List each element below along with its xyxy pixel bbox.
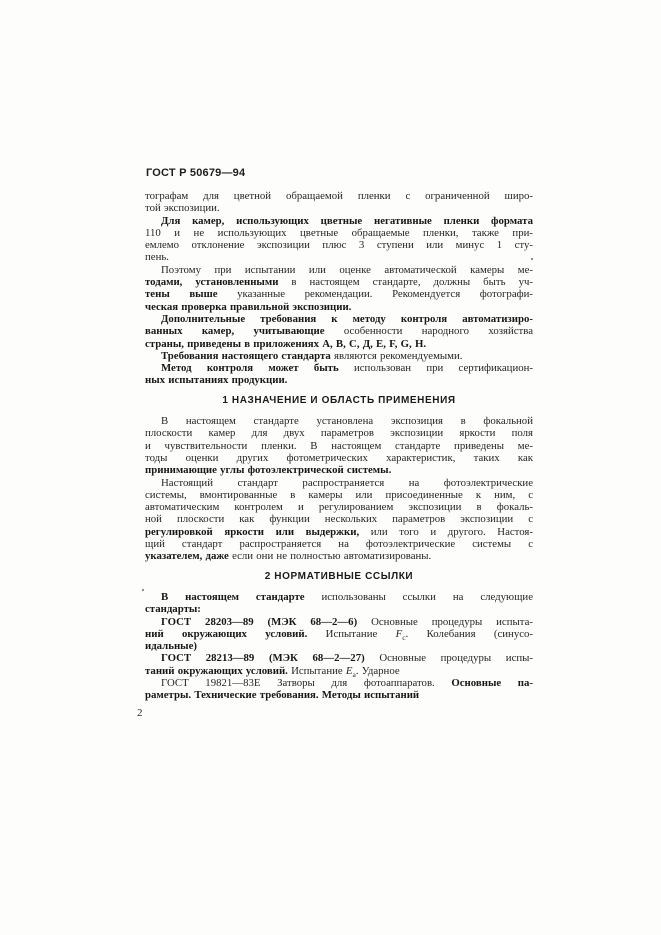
text-line: той экспозиции. xyxy=(145,202,533,214)
text-run: если они не полностью автоматизированы. xyxy=(232,550,431,562)
text-run: указателем, даже xyxy=(145,550,232,562)
text-run: пень. xyxy=(145,251,169,263)
text-run: и чувствительности пленки. В настоящем с… xyxy=(145,440,533,452)
scan-speck xyxy=(142,589,144,591)
section-heading: 1 НАЗНАЧЕНИЕ И ОБЛАСТЬ ПРИМЕНЕНИЯ xyxy=(145,395,533,407)
text-line: ГОСТ 28213—89 (МЭК 68—2—27) Основные про… xyxy=(145,652,533,664)
paragraph: В настоящем стандарте использованы ссылк… xyxy=(145,591,533,616)
text-run: использован при сертификацион- xyxy=(354,362,533,374)
text-line: ванных камер, учитывающие особенности на… xyxy=(145,325,533,337)
scan-speck xyxy=(531,258,533,260)
paragraph: Дополнительные требования к методу контр… xyxy=(145,313,533,350)
text-line: В настоящем стандарте использованы ссылк… xyxy=(145,591,533,603)
text-run: 110 и не использующих цветные обращаемые… xyxy=(145,227,533,239)
text-line: ческая проверка правильной экспозиции. xyxy=(145,301,533,313)
text-run: . Колебания (синусо- xyxy=(406,628,533,640)
text-line: указателем, даже если они не полностью а… xyxy=(145,550,533,562)
text-run: ванных камер, учитывающие xyxy=(145,325,344,337)
text-run: ГОСТ 19821—83Е Затворы для фотоаппаратов… xyxy=(161,677,451,689)
text-run: Настоящий стандарт распространяется на ф… xyxy=(161,477,533,489)
text-run: ГОСТ 28213—89 (МЭК 68—2—27) xyxy=(161,652,379,664)
text-line: принимающие углы фотоэлектрической систе… xyxy=(145,464,533,476)
text-line: тоды оценки других фотометрических харак… xyxy=(145,452,533,464)
text-line: таний окружающих условий. Испытание Еа. … xyxy=(145,665,533,677)
text-run: . Ударное xyxy=(356,665,400,677)
section-heading: 2 НОРМАТИВНЫЕ ССЫЛКИ xyxy=(145,571,533,583)
text-run: раметры. Технические требования. Методы … xyxy=(145,689,419,701)
text-run: идальные) xyxy=(145,640,197,652)
text-run: или того и другого. Настоя- xyxy=(371,526,533,538)
text-run: В настоящем стандарте установлена экспоз… xyxy=(161,415,533,427)
text-run: страны, приведены в приложениях А, В, С,… xyxy=(145,338,426,350)
text-run: щий стандарт распространяется на фотоэле… xyxy=(145,538,533,550)
paragraph: В настоящем стандарте установлена экспоз… xyxy=(145,415,533,476)
text-line: ных испытаниях продукции. xyxy=(145,374,533,386)
text-line: Для камер, использующих цветные негативн… xyxy=(145,215,533,227)
text-line: ГОСТ 19821—83Е Затворы для фотоаппаратов… xyxy=(145,677,533,689)
text-line: Метод контроля может быть использован пр… xyxy=(145,362,533,374)
text-line: автоматическим контролем и регулирование… xyxy=(145,501,533,513)
text-run: тены выше xyxy=(145,288,237,300)
text-line: регулировкой яркости или выдержки, или т… xyxy=(145,526,533,538)
text-run: Основные па- xyxy=(451,677,533,689)
text-line: системы, вмонтированные в камеры или при… xyxy=(145,489,533,501)
text-line: емлемо отклонение экспозиции плюс 3 ступ… xyxy=(145,239,533,251)
text-line: тодами, установленными в настоящем станд… xyxy=(145,276,533,288)
running-header: ГОСТ Р 50679—94 xyxy=(146,167,245,179)
text-run: ческая проверка правильной экспозиции. xyxy=(145,301,351,313)
text-line: ГОСТ 28203—89 (МЭК 68—2—6) Основные проц… xyxy=(145,616,533,628)
text-run: Требования настоящего стандарта xyxy=(161,350,334,362)
text-run: особенности народного хозяйства xyxy=(344,325,533,337)
text-line: пень. xyxy=(145,251,533,263)
text-line: страны, приведены в приложениях А, В, С,… xyxy=(145,338,533,350)
text-run: плоскости камер для двух параметров эксп… xyxy=(145,427,533,439)
text-run: стандарты: xyxy=(145,603,201,615)
text-line: идальные) xyxy=(145,640,533,652)
text-run: ной плоскости как функции нескольких пар… xyxy=(145,513,533,525)
text-run: Дополнительные требования к методу контр… xyxy=(161,313,533,325)
text-line: Требования настоящего стандарта являются… xyxy=(145,350,533,362)
text-line: Дополнительные требования к методу контр… xyxy=(145,313,533,325)
paragraph: ГОСТ 19821—83Е Затворы для фотоаппаратов… xyxy=(145,677,533,702)
paragraph: ГОСТ 28213—89 (МЭК 68—2—27) Основные про… xyxy=(145,652,533,677)
text-run: В настоящем стандарте xyxy=(161,591,321,603)
text-run: таний окружающих условий. xyxy=(145,665,291,677)
paragraph: Для камер, использующих цветные негативн… xyxy=(145,215,533,264)
text-run: использованы ссылки на следующие xyxy=(321,591,533,603)
text-run: тографам для цветной обращаемой пленки с… xyxy=(145,190,533,202)
paragraph: Настоящий стандарт распространяется на ф… xyxy=(145,477,533,563)
paragraph: Метод контроля может быть использован пр… xyxy=(145,362,533,387)
text-run: ний окружающих условий. xyxy=(145,628,326,640)
text-run: Испытание xyxy=(326,628,396,640)
text-line: Поэтому при испытании или оценке автомат… xyxy=(145,264,533,276)
text-line: плоскости камер для двух параметров эксп… xyxy=(145,427,533,439)
text-run: принимающие углы фотоэлектрической систе… xyxy=(145,464,391,476)
page-number: 2 xyxy=(137,707,143,719)
text-run: Основные процедуры испыта- xyxy=(371,616,533,628)
text-line: тографам для цветной обращаемой пленки с… xyxy=(145,190,533,202)
text-run: той экспозиции. xyxy=(145,202,220,214)
text-line: щий стандарт распространяется на фотоэле… xyxy=(145,538,533,550)
text-run: тоды оценки других фотометрических харак… xyxy=(145,452,533,464)
text-run: Испытание xyxy=(291,665,346,677)
text-run: емлемо отклонение экспозиции плюс 3 ступ… xyxy=(145,239,533,251)
text-run: тодами, установленными xyxy=(145,276,291,288)
paragraph: Поэтому при испытании или оценке автомат… xyxy=(145,264,533,313)
text-run: Для камер, использующих цветные негативн… xyxy=(161,215,533,227)
text-line: и чувствительности пленки. В настоящем с… xyxy=(145,440,533,452)
text-run: системы, вмонтированные в камеры или при… xyxy=(145,489,533,501)
text-run: регулировкой яркости или выдержки, xyxy=(145,526,371,538)
text-run: указанные рекомендации. Рекомендуется фо… xyxy=(237,288,533,300)
text-line: ний окружающих условий. Испытание Fс. Ко… xyxy=(145,628,533,640)
text-run: ных испытаниях продукции. xyxy=(145,374,287,386)
text-line: 110 и не использующих цветные обращаемые… xyxy=(145,227,533,239)
text-run: в настоящем стандарте, должны быть уч- xyxy=(291,276,533,288)
text-line: ной плоскости как функции нескольких пар… xyxy=(145,513,533,525)
document-content: тографам для цветной обращаемой пленки с… xyxy=(145,190,533,702)
paragraph: ГОСТ 28203—89 (МЭК 68—2—6) Основные проц… xyxy=(145,616,533,653)
text-run: Метод контроля может быть xyxy=(161,362,354,374)
text-line: раметры. Технические требования. Методы … xyxy=(145,689,533,701)
scanned-document-page: ГОСТ Р 50679—94 тографам для цветной обр… xyxy=(0,0,661,935)
paragraph: тографам для цветной обращаемой пленки с… xyxy=(145,190,533,215)
text-run: Поэтому при испытании или оценке автомат… xyxy=(161,264,533,276)
text-run: являются рекомендуемыми. xyxy=(334,350,462,362)
text-line: Настоящий стандарт распространяется на ф… xyxy=(145,477,533,489)
text-line: тены выше указанные рекомендации. Рекоме… xyxy=(145,288,533,300)
text-line: стандарты: xyxy=(145,603,533,615)
text-line: В настоящем стандарте установлена экспоз… xyxy=(145,415,533,427)
text-run: Основные процедуры испы- xyxy=(379,652,533,664)
text-run: ГОСТ 28203—89 (МЭК 68—2—6) xyxy=(161,616,371,628)
text-run: автоматическим контролем и регулирование… xyxy=(145,501,533,513)
paragraph: Требования настоящего стандарта являются… xyxy=(145,350,533,362)
